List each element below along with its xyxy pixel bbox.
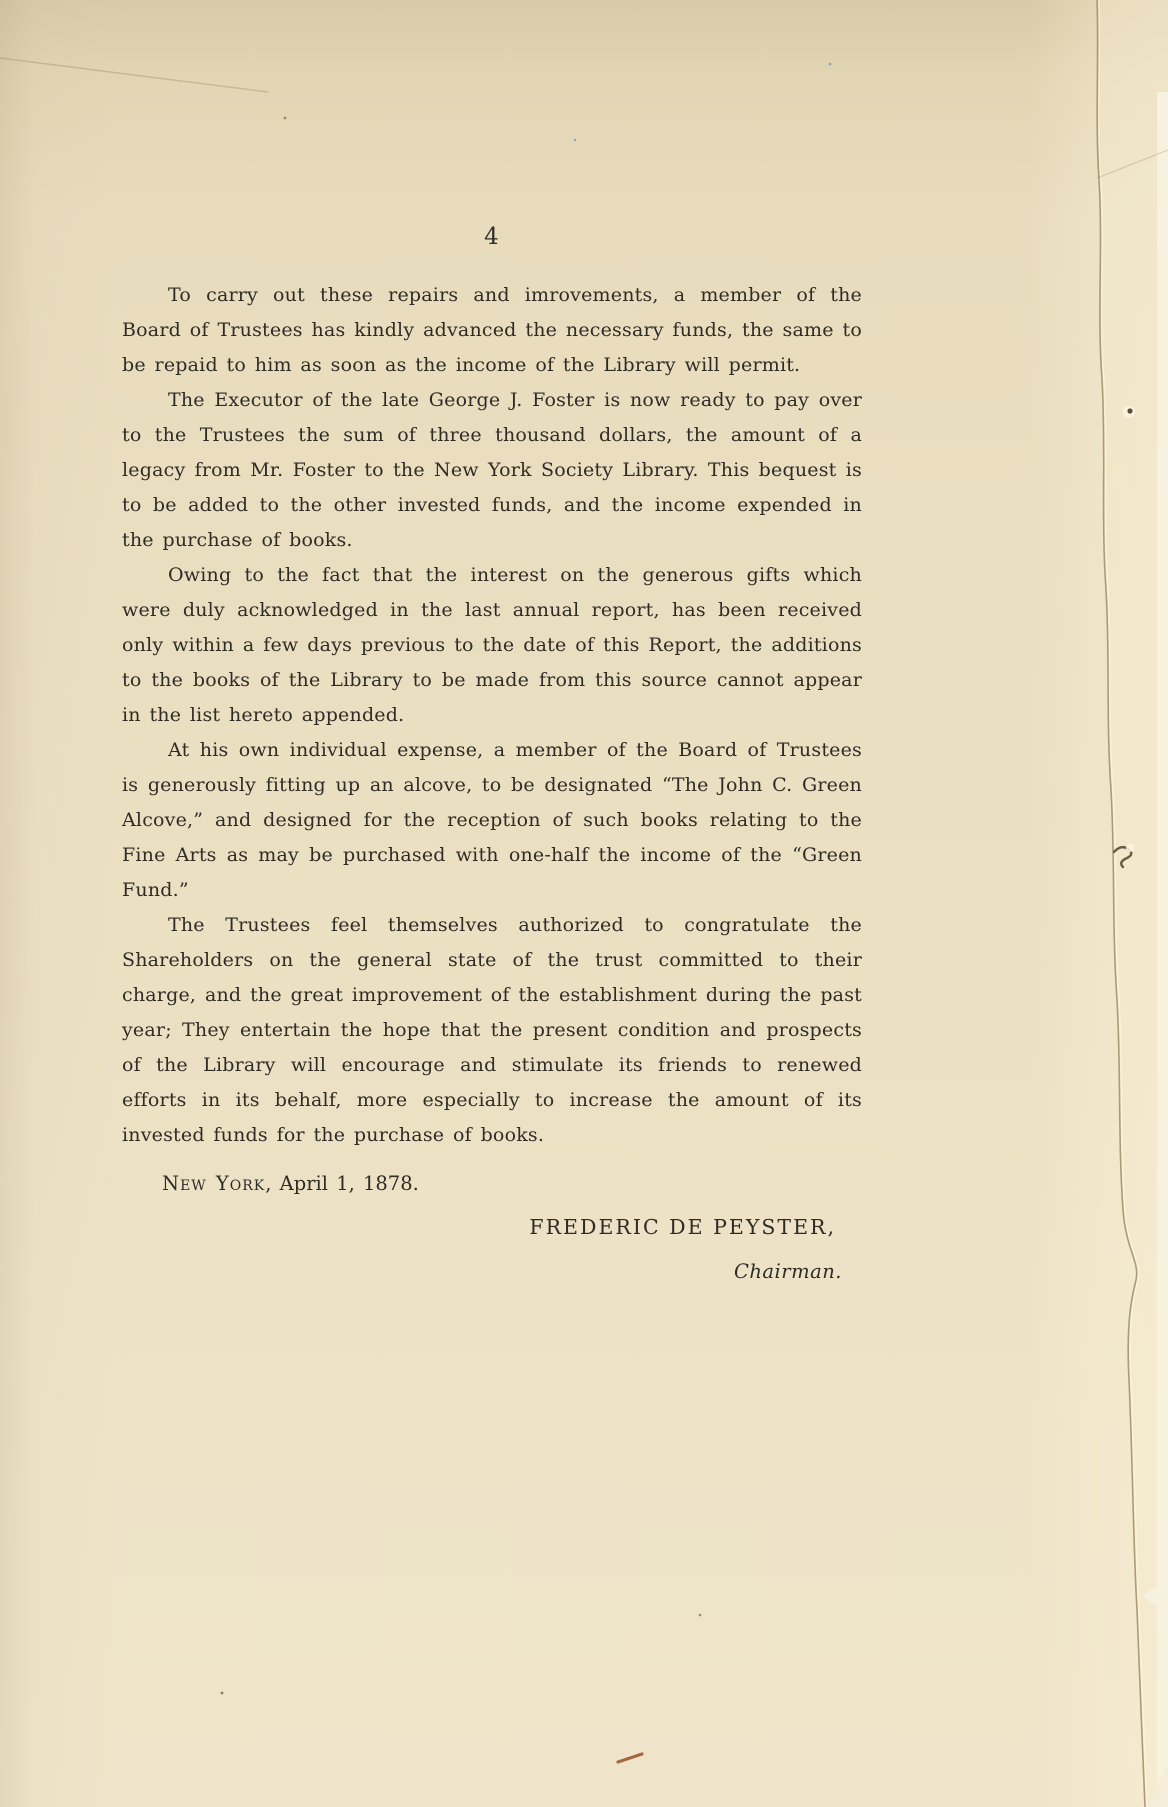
paper-speck (699, 1614, 702, 1617)
underlying-page-tone (1100, 0, 1168, 1807)
paragraph-repairs-advance: To carry out these repairs and imrovemen… (122, 278, 862, 383)
paper-flaw-halo (1123, 406, 1135, 418)
paragraph-foster-legacy: The Executor of the late George J. Foste… (122, 383, 862, 558)
top-crease-line (0, 58, 268, 92)
signature-title: Chairman. (122, 1257, 842, 1287)
tear-line (1097, 0, 1145, 1807)
paragraph-green-alcove: At his own individual expense, a member … (122, 733, 862, 908)
paper-speck (829, 63, 832, 66)
dateline-date: , April 1, 1878. (265, 1172, 419, 1195)
page-number: 4 (122, 224, 862, 250)
scanned-report-page: { "page": { "number": "4", "paragraphs":… (0, 0, 1168, 1807)
paragraph-interest-gifts: Owing to the fact that the interest on t… (122, 558, 862, 733)
bottom-right-tear (1148, 1764, 1168, 1807)
stain-dash-mark (618, 1754, 642, 1762)
dateline-place: New York (162, 1172, 265, 1195)
paper-speck (284, 117, 287, 120)
right-edge-notch (1142, 1578, 1168, 1614)
tear-highlight (1099, 0, 1147, 1807)
ink-squiggle-mark (1114, 847, 1131, 867)
corner-crease-line (1097, 150, 1168, 178)
document-text-block: 4 To carry out these repairs and imrovem… (122, 224, 862, 1287)
paper-speck (574, 139, 576, 141)
paragraph-congratulations: The Trustees feel themselves authorized … (122, 908, 862, 1153)
squiggle-halo (1126, 844, 1134, 852)
scanner-edge-strip (1157, 92, 1168, 1807)
paper-speck (221, 1692, 224, 1695)
dateline: New York, April 1, 1878. (122, 1167, 862, 1201)
signature-name: FREDERIC DE PEYSTER, (122, 1211, 836, 1243)
paper-flaw-dot (1127, 408, 1132, 413)
